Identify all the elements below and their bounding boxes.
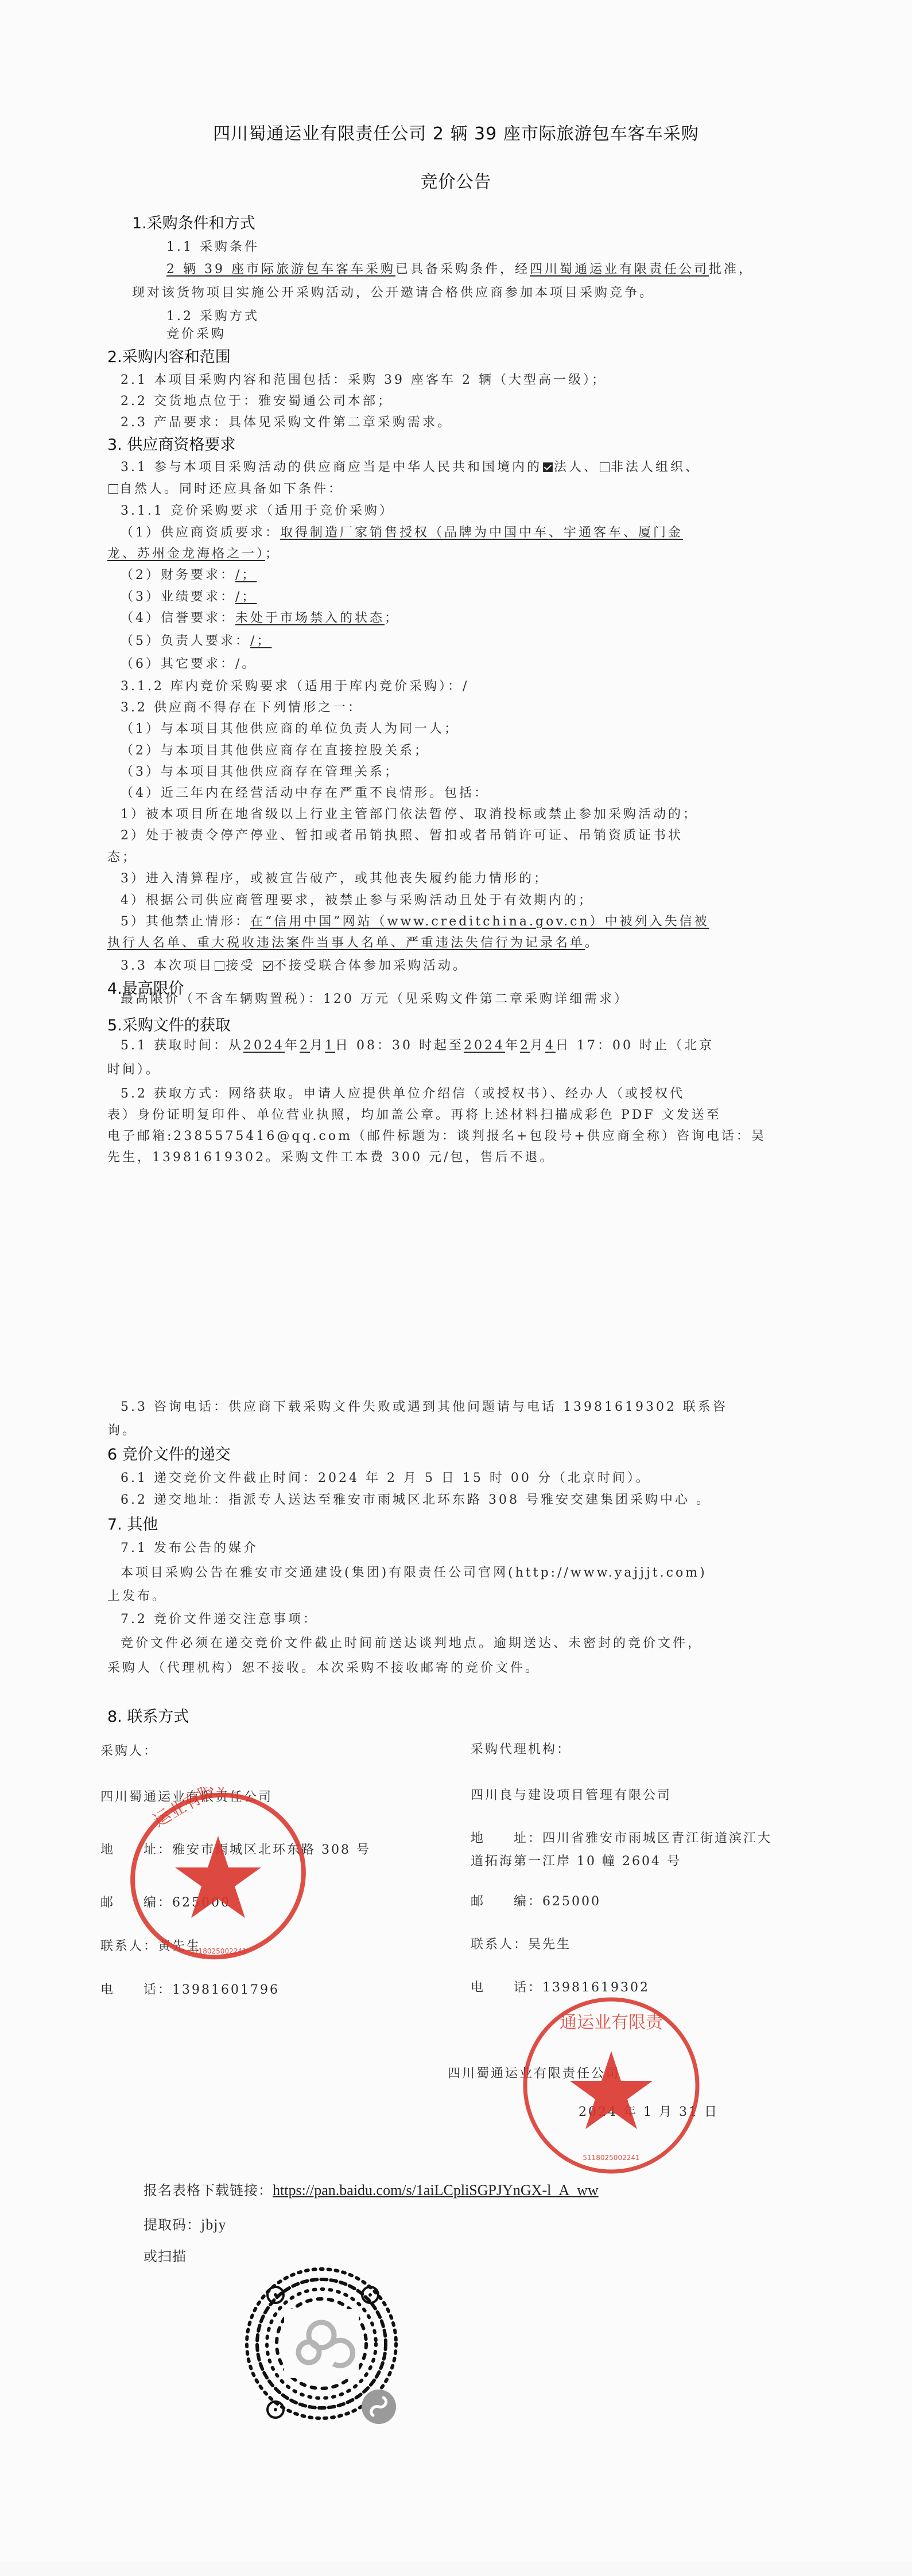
s5-1-prefix: 5.1 获取时间：从 — [121, 1038, 243, 1053]
download-label: 报名表格下载链接： — [143, 2182, 273, 2198]
extract-code-value: jbjy — [201, 2216, 226, 2233]
agent-postcode: 邮 编：625000 — [471, 1893, 601, 1910]
agent-name: 四川良与建设项目管理有限公司 — [471, 1787, 672, 1804]
req-1-cont: 龙、苏州金龙海格之一）； — [107, 546, 280, 563]
checkbox-natural-person[interactable] — [108, 484, 118, 494]
req-1-value: 取得制造厂家销售授权（品牌为中国中车、宇通客车、厦门金 — [280, 526, 683, 540]
s3-2-item-3: （3）与本项目其他供应商存在管理关系； — [121, 764, 399, 781]
s1-2-value: 竞价采购 — [166, 326, 226, 343]
s3-2: 3.2 供应商不得存在下列情形之一： — [121, 699, 363, 717]
s7-1: 7.1 发布公告的媒介 — [121, 1540, 258, 1557]
start-day: 1 — [325, 1038, 335, 1053]
s7-2-text-cont: 采购人（代理机构）恕不接收。本次采购不接收邮寄的竞价文件。 — [107, 1660, 540, 1677]
checkbox-accept-consortium[interactable] — [215, 961, 224, 971]
s5-2-line-1: 5.2 获取方式：网络获取。申请人应提供单位介绍信（或授权书）、经办人（或授权代 — [121, 1085, 685, 1103]
section-heading-2: 2.采购内容和范围 — [107, 347, 231, 368]
sub-item-4: 4）根据公司供应商管理要求，被禁止参与采购活动且处于有效期内的； — [121, 892, 593, 909]
sub-5-label: 5）其他禁止情形： — [121, 915, 250, 929]
req-6-value: /。 — [235, 657, 257, 671]
req-5-label: （5）负责人要求： — [121, 634, 250, 648]
company-seal-stamp: 5118025002241 运业有限责 — [123, 1787, 313, 1965]
s3-1-paragraph-cont: 自然人。同时还应具备如下条件： — [107, 481, 343, 498]
req-4-end: ； — [385, 611, 399, 625]
s7-2: 7.2 竞价文件递交注意事项： — [121, 1611, 318, 1628]
section-heading-5: 5.采购文件的获取 — [107, 1015, 231, 1036]
s1-1-paragraph-cont: 现对该货物项目实施公开采购活动，公开邀请合格供应商参加本项目采购竞争。 — [132, 285, 654, 302]
company-name: 四川蜀通运业有限责任公司 — [530, 262, 709, 277]
section-heading-8: 8. 联系方式 — [107, 1707, 189, 1727]
section-heading-1: 1.采购条件和方式 — [132, 213, 255, 234]
s3-2-item-4: （4）近三年内在经营活动中存在严重不良情形。包括： — [121, 785, 489, 802]
start-month: 2 — [300, 1038, 310, 1053]
start-year: 2024 — [243, 1038, 285, 1053]
agent-label: 采购代理机构： — [471, 1741, 571, 1758]
sub-item-3: 3）进入清算程序，或被宣告破产，或其他丧失履约能力情形的； — [121, 870, 549, 888]
extract-code-label: 提取码： — [143, 2217, 201, 2233]
document-subtitle: 竞价公告 — [0, 168, 912, 193]
req-6-label: （6）其它要求： — [121, 657, 235, 671]
s1-1-text: 已具备采购条件，经 — [395, 262, 530, 277]
s7-1-text: 本项目采购公告在雅安市交通建设(集团)有限责任公司官网(http://www.y… — [121, 1565, 707, 1582]
s1-1-text-end: 批准， — [709, 262, 754, 277]
svg-text:5118025002241: 5118025002241 — [583, 2154, 639, 2162]
download-link[interactable]: https://pan.baidu.com/s/1aiLCpliSGPJYnGX… — [273, 2182, 599, 2198]
start-time: 日 08：30 时起至 — [335, 1038, 464, 1053]
s7-1-text-cont: 上发布。 — [107, 1588, 167, 1605]
opt-natural-person: 自然人。同时还应具备如下条件： — [119, 482, 343, 496]
download-row: 报名表格下载链接：https://pan.baidu.com/s/1aiLCpl… — [143, 2182, 599, 2199]
sub-item-1: 1）被本项目所在地省级以上行业主管部门依法暂停、取消投标或禁止参加采购活动的； — [121, 806, 698, 823]
sub-item-2-cont: 态； — [107, 849, 137, 866]
signature-seal-stamp: 通运业有限责 5118025002241 — [519, 1994, 703, 2177]
section-heading-7: 7. 其他 — [107, 1515, 158, 1535]
s5-2-line-4: 先生，13981619302。采购文件工本费 300 元/包，售后不退。 — [107, 1149, 554, 1166]
s3-1-paragraph: 3.1 参与本项目采购活动的供应商应当是中华人民共和国境内的法人、非法人组织、 — [121, 459, 700, 476]
checkbox-legal-person[interactable] — [543, 462, 553, 472]
svg-text:通运业有限责: 通运业有限责 — [560, 2013, 664, 2033]
req-1-value-cont: 龙、苏州金龙海格之一） — [107, 547, 265, 561]
s6-1: 6.1 递交竞价文件截止时间：2024 年 2 月 5 日 15 时 00 分（… — [121, 1470, 651, 1487]
end-year: 2024 — [464, 1038, 505, 1053]
price-cap: 最高限价（不含车辆购置税）：120 万元（见采购文件第二章采购详细需求） — [121, 991, 629, 1008]
req-4: （4）信誉要求：未处于市场禁入的状态； — [121, 610, 399, 627]
s7-2-text: 竞价文件必须在递交竞价文件截止时间前送达谈判地点。逾期送达、未密封的竞价文件， — [121, 1635, 703, 1652]
end-month: 2 — [520, 1038, 530, 1053]
purchaser-label: 采购人： — [100, 1743, 158, 1760]
s3-3-text: 3.3 本次项目 — [121, 959, 214, 973]
req-6: （6）其它要求：/。 — [121, 656, 257, 673]
s6-2: 6.2 递交地址：指派专人送达至雅安市雨城区北环东路 308 号雅安交建集团采购… — [121, 1492, 711, 1509]
or-scan-label: 或扫描 — [143, 2248, 187, 2265]
s2-item-2: 2.2 交货地点位于：雅安蜀通公司本部； — [121, 393, 393, 410]
opt-legal-person: 法人、 — [554, 460, 599, 474]
s5-1-cont: 时间）。 — [107, 1061, 161, 1079]
svg-text:运业有限责: 运业有限责 — [150, 1787, 236, 1831]
s1-1-label: 1.1 采购条件 — [166, 239, 259, 256]
req-3: （3）业绩要求：/； — [121, 589, 257, 606]
req-1-label: （1）供应商资质要求： — [121, 526, 280, 540]
project-name: 2 辆 39 座市际旅游包车客车采购 — [166, 262, 395, 277]
req-2-label: （2）财务要求： — [121, 568, 235, 582]
s3-1-1-label: 3.1.1 竞价采购要求（适用于竞价采购） — [121, 503, 394, 520]
s2-item-1: 2.1 本项目采购内容和范围包括：采购 39 座客车 2 辆（大型高一级）； — [121, 372, 607, 389]
s3-1-2: 3.1.2 库内竞价采购要求（适用于库内竞价采购）：/ — [121, 678, 469, 695]
req-3-label: （3）业绩要求： — [121, 590, 235, 604]
req-4-value: 未处于市场禁入的状态 — [235, 611, 385, 625]
agent-contact: 联系人：吴先生 — [471, 1936, 571, 1954]
checkbox-non-legal-org[interactable] — [600, 462, 610, 472]
s3-1-text: 3.1 参与本项目采购活动的供应商应当是中华人民共和国境内的 — [121, 460, 542, 474]
sub-item-2: 2）处于被责令停产停业、暂扣或者吊销执照、暂扣或者吊销许可证、吊销资质证书状 — [121, 827, 683, 845]
req-4-label: （4）信誉要求： — [121, 611, 235, 625]
s1-2-label: 1.2 采购方式 — [166, 308, 259, 325]
agent-address: 地 址：四川省雅安市雨城区青江街道滨江大 — [471, 1830, 772, 1847]
purchaser-phone: 电 话：13981601796 — [100, 1982, 280, 1999]
s5-2-line-2: 表）身份证明复印件、单位营业执照，均加盖公章。再将上述材料扫描成彩色 PDF 文… — [107, 1107, 721, 1124]
end-time: 日 17：00 时止（北京 — [556, 1038, 714, 1053]
mini-program-qr-code[interactable] — [235, 2255, 408, 2433]
s3-2-item-2: （2）与本项目其他供应商存在直接控股关系； — [121, 742, 429, 760]
document-page: 四川蜀通运业有限责任公司 2 辆 39 座市际旅游包车客车采购 竞价公告 1.采… — [0, 0, 912, 2562]
s5-2-line-3: 电子邮箱:2385575416@qq.com（邮件标题为：谈判报名+包段号+供应… — [107, 1128, 766, 1145]
section-heading-3: 3. 供应商资格要求 — [107, 435, 235, 456]
req-5: （5）负责人要求：/； — [121, 633, 271, 650]
section-heading-6: 6 竞价文件的递交 — [107, 1445, 231, 1465]
document-title: 四川蜀通运业有限责任公司 2 辆 39 座市际旅游包车客车采购 — [0, 119, 912, 145]
req-1: （1）供应商资质要求：取得制造厂家销售授权（品牌为中国中车、宇通客车、厦门金 — [121, 524, 683, 542]
req-1-end: ； — [265, 547, 280, 561]
s3-2-item-1: （1）与本项目其他供应商的单位负责人为同一人； — [121, 721, 459, 738]
req-5-value: /； — [250, 634, 271, 648]
sub-5-value: 在“信用中国”网站（www.creditchina.gov.cn）中被列入失信被 — [250, 915, 709, 929]
req-2-value: /； — [235, 568, 257, 582]
end-day: 4 — [545, 1038, 556, 1053]
sub-item-5-cont: 执行人名单、重大税收违法案件当事人名单、严重违法失信行为记录名单。 — [107, 935, 600, 952]
opt-non-legal-org: 非法人组织、 — [611, 460, 700, 474]
req-2: （2）财务要求：/； — [121, 567, 257, 584]
s5-3-cont: 询。 — [107, 1422, 137, 1439]
sub-item-5: 5）其他禁止情形：在“信用中国”网站（www.creditchina.gov.c… — [121, 913, 709, 931]
req-3-value: /； — [235, 590, 257, 604]
s2-item-3: 2.3 产品要求：具体见采购文件第二章采购需求。 — [121, 414, 452, 431]
opt-accept: 接受 — [226, 959, 255, 973]
s1-1-paragraph: 2 辆 39 座市际旅游包车客车采购已具备采购条件，经四川蜀通运业有限责任公司批… — [166, 261, 754, 278]
s5-3: 5.3 咨询电话：供应商下载采购文件失败或遇到其他问题请与电话 13981619… — [121, 1399, 728, 1416]
opt-reject: 不接受联合体参加采购活动。 — [274, 959, 468, 973]
extract-code-row: 提取码：jbjy — [143, 2216, 226, 2233]
checkbox-reject-consortium[interactable] — [263, 961, 273, 971]
sub-5-value-cont: 执行人名单、重大税收违法案件当事人名单、严重违法失信行为记录名单 — [107, 936, 585, 950]
svg-text:5118025002241: 5118025002241 — [189, 1947, 246, 1955]
agent-address-cont: 道拓海第一江岸 10 幢 2604 号 — [471, 1853, 681, 1870]
sub-5-end: 。 — [585, 936, 600, 950]
s3-3: 3.3 本次项目接受 不接受联合体参加采购活动。 — [121, 958, 468, 975]
s5-1: 5.1 获取时间：从2024年2月1日 08：30 时起至2024年2月4日 1… — [121, 1037, 714, 1054]
